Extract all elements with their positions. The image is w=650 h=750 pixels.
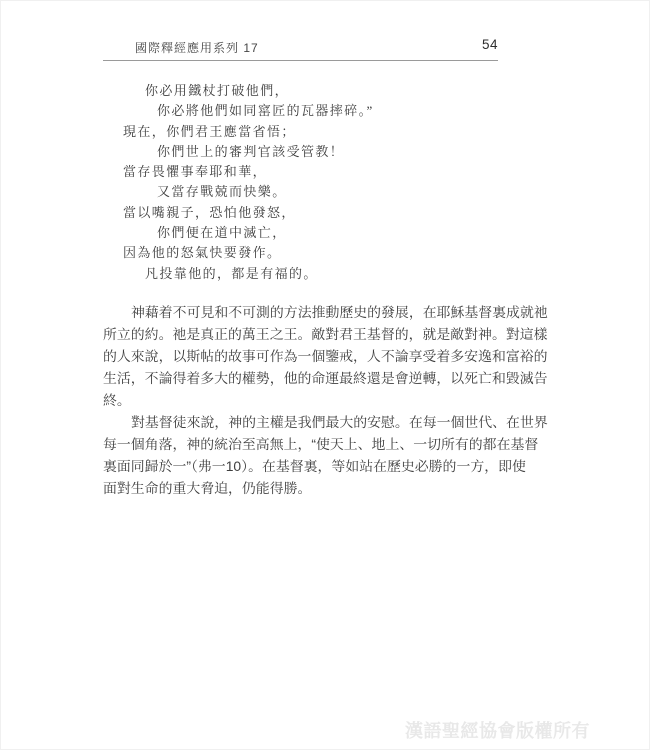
poem-line: 又當存戰兢而快樂。 <box>157 182 374 202</box>
paragraph-line: 每一個角落，神的統治至高無上，“使天上、地上、一切所有的都在基督 <box>103 433 573 455</box>
poem-line: 你必用鐵杖打破他們， <box>145 81 374 101</box>
paragraph-2: 對基督徒來說，神的主權是我們最大的安慰。在每一個世代、在世界 每一個角落，神的統… <box>103 411 573 499</box>
body-text-block: 神藉着不可見和不可測的方法推動歷史的發展，在耶穌基督裏成就祂 所立的約。祂是真正… <box>103 301 573 499</box>
header-rule-divider <box>103 60 498 61</box>
poem-line: 你們世上的審判官該受管教！ <box>157 142 374 162</box>
poem-line: 你必將他們如同窰匠的瓦器摔碎。” <box>157 101 374 121</box>
copyright-watermark: 漢語聖經協會版權所有 <box>405 717 590 743</box>
poem-line: 當以嘴親子，恐怕他發怒， <box>123 203 374 223</box>
paragraph-line: 對基督徒來說，神的主權是我們最大的安慰。在每一個世代、在世界 <box>103 411 573 433</box>
paragraph-1: 神藉着不可見和不可測的方法推動歷史的發展，在耶穌基督裏成就祂 所立的約。祂是真正… <box>103 301 573 411</box>
poem-line: 因為他的怒氣快要發作。 <box>123 243 374 263</box>
book-page: 國際釋經應用系列 17 54 你必用鐵杖打破他們， 你必將他們如同窰匠的瓦器摔碎… <box>0 0 650 750</box>
poem-line: 凡投靠他的，都是有福的。 <box>145 264 374 284</box>
paragraph-line: 的人來說，以斯帖的故事可作為一個鑒戒，人不論享受着多安逸和富裕的 <box>103 345 573 367</box>
paragraph-line: 神藉着不可見和不可測的方法推動歷史的發展，在耶穌基督裏成就祂 <box>103 301 573 323</box>
scripture-quote-block: 你必用鐵杖打破他們， 你必將他們如同窰匠的瓦器摔碎。” 現在，你們君王應當省悟；… <box>123 81 374 284</box>
poem-line: 你們便在道中滅亡， <box>157 223 374 243</box>
poem-line: 當存畏懼事奉耶和華， <box>123 162 374 182</box>
paragraph-line: 所立的約。祂是真正的萬王之王。敵對君王基督的，就是敵對神。對這樣 <box>103 323 573 345</box>
paragraph-line: 裏面同歸於一”（弗一10）。在基督裏，等如站在歷史必勝的一方，即使 <box>103 455 573 477</box>
paragraph-line: 生活，不論得着多大的權勢，他的命運最終還是會逆轉，以死亡和毀滅告 <box>103 367 573 389</box>
paragraph-line: 終。 <box>103 389 573 411</box>
paragraph-line: 面對生命的重大脅迫，仍能得勝。 <box>103 477 573 499</box>
page-number: 54 <box>103 37 498 52</box>
poem-line: 現在，你們君王應當省悟； <box>123 122 374 142</box>
